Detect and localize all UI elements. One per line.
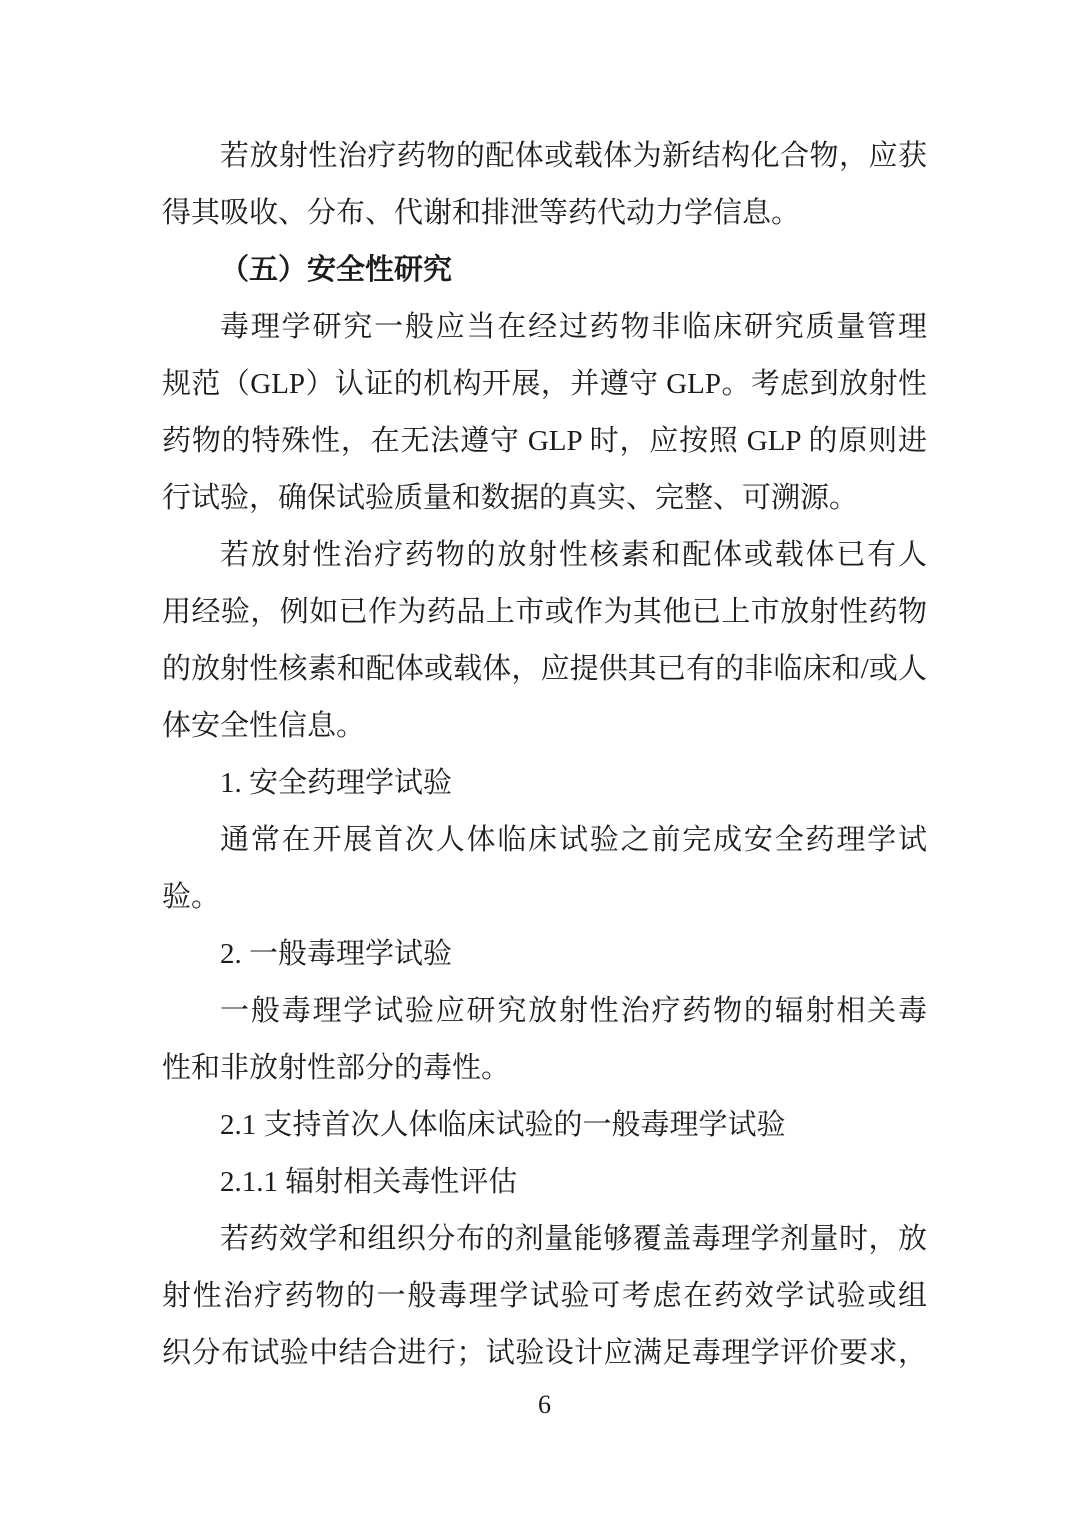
page-number: 6 xyxy=(162,1390,927,1420)
body-text-line: 得其吸收、分布、代谢和排泄等药代动力学信息。 xyxy=(162,185,927,242)
subsection-heading: 2.1 支持首次人体临床试验的一般毒理学试验 xyxy=(162,1097,927,1154)
subsection-heading: 2.1.1 辐射相关毒性评估 xyxy=(162,1154,927,1211)
document-text-block: 若放射性治疗药物的配体或载体为新结构化合物，应获 得其吸收、分布、代谢和排泄等药… xyxy=(162,128,927,1420)
body-text-line: 用经验，例如已作为药品上市或作为其他已上市放射性药物 xyxy=(162,584,927,641)
body-text-line: 体安全性信息。 xyxy=(162,698,927,755)
body-text-line: 织分布试验中结合进行；试验设计应满足毒理学评价要求， xyxy=(162,1325,927,1382)
body-text-line: 若药效学和组织分布的剂量能够覆盖毒理学剂量时，放 xyxy=(162,1211,927,1268)
body-text-line: 若放射性治疗药物的放射性核素和配体或载体已有人 xyxy=(162,527,927,584)
subsection-heading: 1. 安全药理学试验 xyxy=(162,755,927,812)
body-text-line: 性和非放射性部分的毒性。 xyxy=(162,1040,927,1097)
body-text-line: 通常在开展首次人体临床试验之前完成安全药理学试 xyxy=(162,812,927,869)
body-text-line: 药物的特殊性，在无法遵守 GLP 时，应按照 GLP 的原则进 xyxy=(162,413,927,470)
subsection-heading: 2. 一般毒理学试验 xyxy=(162,926,927,983)
body-text-line: 行试验，确保试验质量和数据的真实、完整、可溯源。 xyxy=(162,470,927,527)
body-text-line: 毒理学研究一般应当在经过药物非临床研究质量管理 xyxy=(162,299,927,356)
body-text-line: 射性治疗药物的一般毒理学试验可考虑在药效学试验或组 xyxy=(162,1268,927,1325)
section-heading: （五）安全性研究 xyxy=(162,242,927,299)
body-text-line: 验。 xyxy=(162,869,927,926)
body-text-line: 的放射性核素和配体或载体，应提供其已有的非临床和/或人 xyxy=(162,641,927,698)
body-text-line: 规范（GLP）认证的机构开展，并遵守 GLP。考虑到放射性 xyxy=(162,356,927,413)
document-page: 若放射性治疗药物的配体或载体为新结构化合物，应获 得其吸收、分布、代谢和排泄等药… xyxy=(0,0,1080,1527)
body-text-line: 一般毒理学试验应研究放射性治疗药物的辐射相关毒 xyxy=(162,983,927,1040)
body-text-line: 若放射性治疗药物的配体或载体为新结构化合物，应获 xyxy=(162,128,927,185)
